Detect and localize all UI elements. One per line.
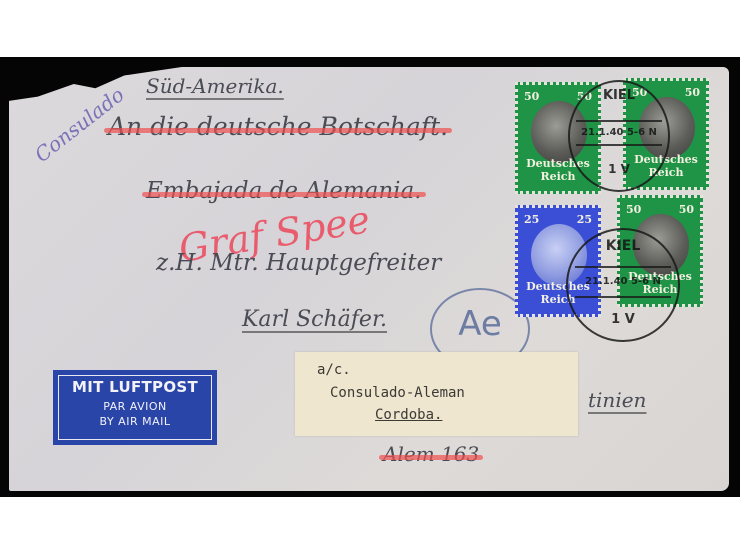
country-fragment: tinien bbox=[588, 388, 646, 412]
typed-address-label: a/c. Consulado-Aleman Cordoba. bbox=[295, 352, 578, 436]
recipient-rank: z.H. Mtr. Hauptgefreiter bbox=[156, 250, 441, 276]
route-line: Süd-Amerika. bbox=[146, 74, 284, 98]
recipient-name: Karl Schäfer. bbox=[242, 307, 387, 332]
address-line-embassy-spanish: Embajada de Alemania. bbox=[146, 178, 422, 204]
crossed-house-number: Alem 163 bbox=[383, 442, 479, 466]
address-line-embassy-german: An die deutsche Botschaft. bbox=[108, 112, 448, 141]
postmark: KIEL 21.1.40 5-6 N 1 V bbox=[568, 80, 670, 192]
postmark: KIEL 21.1.40 5-6 N 1 V bbox=[566, 228, 680, 342]
airmail-label: MIT LUFTPOST PAR AVION BY AIR MAIL bbox=[53, 370, 217, 445]
